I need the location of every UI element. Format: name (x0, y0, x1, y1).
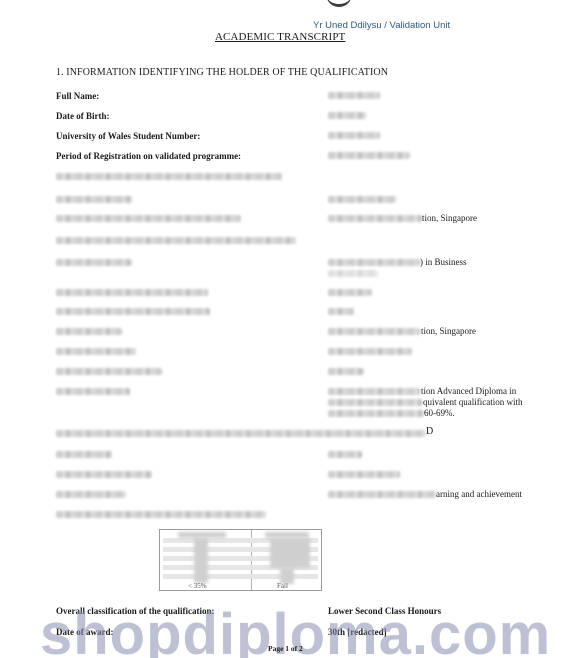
section-3-label-redacted (56, 388, 130, 395)
table-column-redacted (194, 538, 208, 583)
section-3-value-redacted (328, 270, 378, 277)
section-3-value-redacted (328, 348, 412, 355)
registration-period-value-redacted (328, 152, 410, 159)
page-number: Page 1 of 2 (268, 644, 303, 653)
section-3-label-redacted (56, 368, 162, 375)
section-4-value-fragment: arning and achievement (436, 489, 522, 500)
section-2-label-redacted (56, 215, 241, 222)
section-4-label-redacted (56, 511, 266, 518)
validation-unit-label: Yr Uned Ddilysu / Validation Unit (313, 20, 450, 31)
section-4-value-redacted (328, 491, 436, 498)
section-4-label-redacted (56, 471, 152, 478)
section-2-value-redacted (328, 196, 396, 203)
section-3-value-redacted (328, 368, 364, 375)
section-3-label-redacted (56, 348, 136, 355)
full-name-label: Full Name: (56, 91, 99, 101)
section-2-value-fragment: tion, Singapore (422, 213, 477, 224)
table-column-redacted (270, 538, 310, 568)
table-row (163, 574, 318, 579)
section-3-label-redacted (56, 308, 210, 315)
full-name-value-redacted (328, 92, 380, 99)
section-4-label-redacted (56, 491, 126, 498)
grade-result-cell: Fail (277, 582, 288, 590)
section-3-value-redacted (328, 259, 420, 266)
section-3-label-redacted (56, 259, 132, 266)
date-of-birth-value-redacted (328, 112, 366, 119)
section-4-label-redacted (56, 451, 112, 458)
student-number-label: University of Wales Student Number: (56, 131, 200, 141)
section-3-value-redacted (328, 399, 422, 406)
section-4-value-redacted (328, 451, 362, 458)
section-4-value-redacted (328, 471, 400, 478)
section-3-value-redacted (328, 410, 424, 417)
university-logo (326, 0, 352, 7)
section-4-heading-redacted (56, 430, 426, 437)
section-3-label-redacted (56, 289, 208, 296)
student-number-value-redacted (328, 132, 380, 139)
date-of-birth-label: Date of Birth: (56, 111, 110, 121)
section-3-value-fragment: tion, Singapore (421, 326, 476, 337)
document-title: ACADEMIC TRANSCRIPT (215, 31, 345, 43)
section-3-value-fragment: 60-69%. (424, 408, 455, 419)
section-2-heading-redacted (56, 173, 282, 180)
section-3-value-fragment: quivalent qualification with (423, 397, 522, 408)
section-3-value-fragment: ) in Business (420, 257, 467, 268)
section-3-heading-redacted (56, 237, 296, 244)
grade-scale-table: < 35% Fail (159, 529, 322, 591)
section-3-value-fragment: tion Advanced Diploma in (421, 386, 516, 397)
section-3-label-redacted (56, 328, 122, 335)
section-1-heading: 1. INFORMATION IDENTIFYING THE HOLDER OF… (56, 67, 388, 78)
section-3-value-redacted (328, 388, 420, 395)
section-2-label-redacted (56, 196, 132, 203)
section-3-value-redacted (328, 328, 420, 335)
grade-threshold-cell: < 35% (188, 582, 207, 590)
section-2-value-redacted (328, 215, 422, 222)
section-4-heading-fragment: D (426, 426, 433, 437)
section-3-value-redacted (328, 289, 372, 296)
registration-period-label: Period of Registration on validated prog… (56, 151, 241, 161)
section-3-value-redacted (328, 308, 354, 315)
